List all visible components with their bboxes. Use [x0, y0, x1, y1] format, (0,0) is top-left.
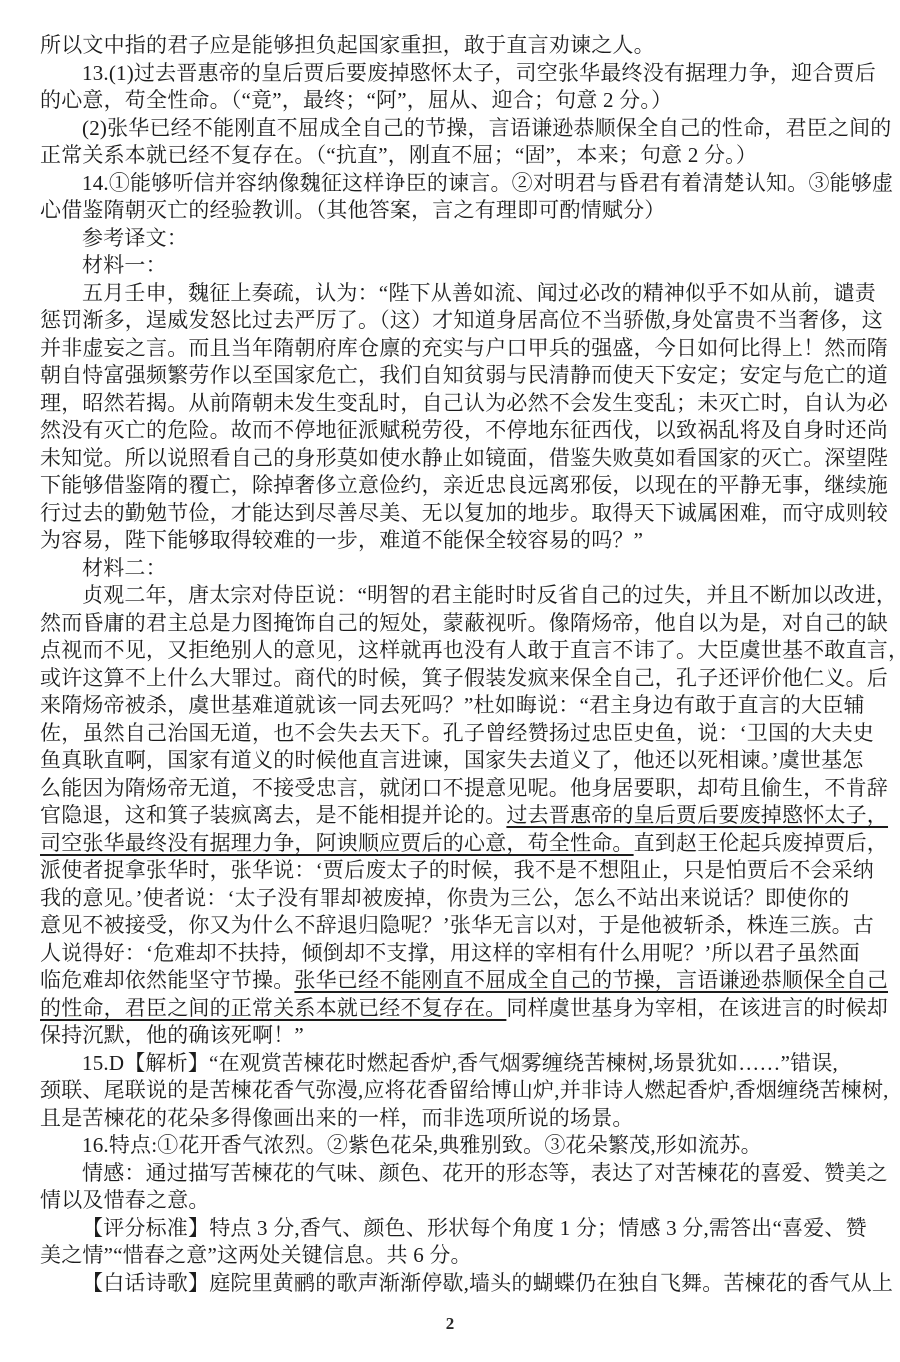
text-segment: 材料二：: [82, 556, 167, 580]
text-segment: 同样虞世基身为宰相，在该进言的时候却: [506, 996, 888, 1020]
text-segment: 或许这算不上什么大罪过。商代的时候，箕子假装发疯来保全自己，孔子还评价他仁义。后: [40, 666, 888, 690]
text-segment: 惩罚渐多，逞威发怒比过去严厉了。（这）才知道身居高位不当骄傲,身处富贵不当奢侈，…: [40, 308, 883, 332]
underlined-text: 的性命，君臣之间的正常关系本就已经不复存在。: [40, 996, 506, 1020]
text-segment: 行过去的勤勉节俭，才能达到尽善尽美、无以复加的地步。取得天下诚属困难，而守成则较: [40, 501, 888, 525]
text-line: 【白话诗歌】庭院里黄鹂的歌声渐渐停歇,墙头的蝴蝶仍在独自飞舞。苦楝花的香气从上: [40, 1270, 862, 1298]
text-line: 理，昭然若揭。从前隋朝未发生变乱时，自己认为必然不会发生变乱；未灭亡时，自认为必: [40, 390, 862, 418]
text-line: 15.D【解析】“在观赏苦楝花时燃起香炉,香气烟雾缠绕苦楝树,场景犹如……”错误…: [40, 1050, 862, 1078]
text-line: 朝自恃富强频繁劳作以至国家危亡，我们自知贫弱与民清静而使天下安定；安定与危亡的道: [40, 362, 862, 390]
text-line: 贞观二年，唐太宗对侍臣说：“明智的君主能时时反省自己的过失，并且不断加以改进，: [40, 582, 862, 610]
text-line: 13.(1)过去晋惠帝的皇后贾后要废掉愍怀太子，司空张华最终没有据理力争，迎合贾…: [40, 60, 862, 88]
text-line: 行过去的勤勉节俭，才能达到尽善尽美、无以复加的地步。取得天下诚属困难，而守成则较: [40, 500, 862, 528]
text-segment: 15.D【解析】“在观赏苦楝花时燃起香炉,香气烟雾缠绕苦楝树,场景犹如……”错误…: [82, 1051, 838, 1075]
text-segment: 颈联、尾联说的是苦楝花香气弥漫,应将花香留给博山炉,并非诗人燃起香炉,香烟缠绕苦…: [40, 1078, 889, 1102]
text-line: 情以及惜春之意。: [40, 1187, 862, 1215]
text-segment: 意见不被接受，你又为什么不辞退归隐呢？’张华无言以对，于是他被斩杀，株连三族。古: [40, 913, 874, 937]
text-line: 鱼真耿直啊，国家有道义的时候他直言进谏，国家失去道义了，他还以死相谏。’虞世基怎: [40, 747, 862, 775]
text-segment: 【白话诗歌】庭院里黄鹂的歌声渐渐停歇,墙头的蝴蝶仍在独自飞舞。苦楝花的香气从上: [82, 1271, 893, 1295]
text-segment: 官隐退，这和箕子装疯离去，是不能相提并论的。: [40, 803, 506, 827]
text-line: 佐，虽然自己治国无道，也不会失去天下。孔子曾经赞扬过忠臣史鱼，说：‘卫国的大夫史: [40, 720, 862, 748]
text-line: 司空张华最终没有据理力争，阿谀顺应贾后的心意，苟全性命。直到赵王伦起兵废掉贾后，: [40, 830, 862, 858]
text-segment: 派使者捉拿张华时，张华说：‘贾后废太子的时候，我不是不想阻止，只是怕贾后不会采纳: [40, 858, 874, 882]
text-segment: 情感：通过描写苦楝花的气味、颜色、花开的形态等，表达了对苦楝花的喜爱、赞美之: [82, 1161, 888, 1185]
text-line: 然而昏庸的君主总是力图掩饰自己的短处，蒙蔽视听。像隋炀帝，他自以为是，对自己的缺: [40, 610, 862, 638]
text-line: 正常关系本就已经不复存在。（“抗直”，刚直不屈；“固”，本来；句意 2 分。）: [40, 142, 862, 170]
text-segment: 贞观二年，唐太宗对侍臣说：“明智的君主能时时反省自己的过失，并且不断加以改进，: [82, 583, 897, 607]
text-line: 颈联、尾联说的是苦楝花香气弥漫,应将花香留给博山炉,并非诗人燃起香炉,香烟缠绕苦…: [40, 1077, 862, 1105]
text-segment: 么能因为隋炀帝无道，不接受忠言，就闭口不提意见呢。他身居要职，却苟且偷生，不肯辞: [40, 776, 888, 800]
text-line: 参考译文：: [40, 225, 862, 253]
text-line: 情感：通过描写苦楝花的气味、颜色、花开的形态等，表达了对苦楝花的喜爱、赞美之: [40, 1160, 862, 1188]
text-line: 么能因为隋炀帝无道，不接受忠言，就闭口不提意见呢。他身居要职，却苟且偷生，不肯辞: [40, 775, 862, 803]
text-line: 的性命，君臣之间的正常关系本就已经不复存在。同样虞世基身为宰相，在该进言的时候却: [40, 995, 862, 1023]
text-segment: 我的意见。’使者说：‘太子没有罪却被废掉，你贵为三公，怎么不站出来说话？即使你的: [40, 886, 849, 910]
text-segment: 未知觉。所以说照看自己的身形莫如使水静止如镜面，借鉴失败莫如看国家的灭亡。深望陛: [40, 446, 888, 470]
text-line: 官隐退，这和箕子装疯离去，是不能相提并论的。过去晋惠帝的皇后贾后要废掉愍怀太子，: [40, 802, 862, 830]
text-segment: 为容易，陛下能够取得较难的一步，难道不能保全较容易的吗？”: [40, 528, 643, 552]
text-segment: (2)张华已经不能刚直不屈成全自己的节操，言语谦逊恭顺保全自己的性命，君臣之间的: [82, 116, 891, 140]
text-line: 惩罚渐多，逞威发怒比过去严厉了。（这）才知道身居高位不当骄傲,身处富贵不当奢侈，…: [40, 307, 862, 335]
text-line: 临危难却依然能坚守节操。张华已经不能刚直不屈成全自己的节操，言语谦逊恭顺保全自己: [40, 967, 862, 995]
text-line: 或许这算不上什么大罪过。商代的时候，箕子假装发疯来保全自己，孔子还评价他仁义。后: [40, 665, 862, 693]
underlined-text: 过去晋惠帝的皇后贾后要废掉愍怀太子，: [506, 803, 888, 827]
text-line: (2)张华已经不能刚直不屈成全自己的节操，言语谦逊恭顺保全自己的性命，君臣之间的: [40, 115, 862, 143]
text-segment: 人说得好：‘危难却不扶持，倾倒却不支撑，用这样的宰相有什么用呢？’所以君子虽然面: [40, 941, 860, 965]
text-line: 未知觉。所以说照看自己的身形莫如使水静止如镜面，借鉴失败莫如看国家的灭亡。深望陛: [40, 445, 862, 473]
text-segment: 并非虚妄之言。而且当年隋朝府库仓廪的充实与户口甲兵的强盛，今日如何比得上！然而隋: [40, 336, 888, 360]
text-segment: 然没有灭亡的危险。故而不停地征派赋税劳役，不停地东征西伐，以致祸乱将及自身时还尚: [40, 418, 888, 442]
text-segment: 材料一：: [82, 253, 167, 277]
text-segment: 参考译文：: [82, 226, 188, 250]
text-segment: 13.(1)过去晋惠帝的皇后贾后要废掉愍怀太子，司空张华最终没有据理力争，迎合贾…: [82, 61, 876, 85]
text-line: 的心意，苟全性命。（“竟”，最终；“阿”，屈从、迎合；句意 2 分。）: [40, 87, 862, 115]
text-segment: 鱼真耿直啊，国家有道义的时候他直言进谏，国家失去道义了，他还以死相谏。’虞世基怎: [40, 748, 864, 772]
text-line: 下能够借鉴隋的覆亡，除掉奢侈立意俭约，亲近忠良远离邪佞，以现在的平静无事，继续施: [40, 472, 862, 500]
text-segment: 美之情”“惜春之意”这两处关键信息。共 6 分。: [40, 1243, 472, 1267]
underlined-text: 司空张华最终没有据理力争，阿谀顺应贾后的心意，苟全性命。: [40, 831, 634, 855]
page-number: 2: [0, 1314, 900, 1334]
text-segment: 点视而不见，又拒绝别人的意见，这样就再也没有人敢于直言不讳了。大臣虞世基不敢直言…: [40, 638, 900, 662]
text-line: 并非虚妄之言。而且当年隋朝府库仓廪的充实与户口甲兵的强盛，今日如何比得上！然而隋: [40, 335, 862, 363]
text-line: 我的意见。’使者说：‘太子没有罪却被废掉，你贵为三公，怎么不站出来说话？即使你的: [40, 885, 862, 913]
text-line: 心借鉴隋朝灭亡的经验教训。（其他答案，言之有理即可酌情赋分）: [40, 197, 862, 225]
text-line: 【评分标准】特点 3 分,香气、颜色、形状每个角度 1 分；情感 3 分,需答出…: [40, 1215, 862, 1243]
underlined-text: 张华已经不能刚直不屈成全自己的节操，言语谦逊恭顺保全自己: [294, 968, 888, 992]
text-line: 且是苦楝花的花朵多得像画出来的一样，而非选项所说的场景。: [40, 1105, 862, 1133]
text-segment: 所以文中指的君子应是能够担负起国家重担，敢于直言劝谏之人。: [40, 33, 655, 57]
text-segment: 16.特点:①花开香气浓烈。②紫色花朵,典雅别致。③花朵繁茂,形如流苏。: [82, 1133, 762, 1157]
text-segment: 朝自恃富强频繁劳作以至国家危亡，我们自知贫弱与民清静而使天下安定；安定与危亡的道: [40, 363, 888, 387]
text-segment: 心借鉴隋朝灭亡的经验教训。（其他答案，言之有理即可酌情赋分）: [40, 198, 666, 222]
text-line: 所以文中指的君子应是能够担负起国家重担，敢于直言劝谏之人。: [40, 32, 862, 60]
text-segment: 然而昏庸的君主总是力图掩饰自己的短处，蒙蔽视听。像隋炀帝，他自以为是，对自己的缺: [40, 611, 888, 635]
text-segment: 下能够借鉴隋的覆亡，除掉奢侈立意俭约，亲近忠良远离邪佞，以现在的平静无事，继续施: [40, 473, 888, 497]
text-line: 派使者捉拿张华时，张华说：‘贾后废太子的时候，我不是不想阻止，只是怕贾后不会采纳: [40, 857, 862, 885]
text-segment: 保持沉默，他的确该死啊！”: [40, 1023, 304, 1047]
text-line: 为容易，陛下能够取得较难的一步，难道不能保全较容易的吗？”: [40, 527, 862, 555]
text-line: 美之情”“惜春之意”这两处关键信息。共 6 分。: [40, 1242, 862, 1270]
text-line: 点视而不见，又拒绝别人的意见，这样就再也没有人敢于直言不讳了。大臣虞世基不敢直言…: [40, 637, 862, 665]
text-segment: 【评分标准】特点 3 分,香气、颜色、形状每个角度 1 分；情感 3 分,需答出…: [82, 1216, 867, 1240]
text-segment: 临危难却依然能坚守节操。: [40, 968, 294, 992]
text-line: 五月壬申，魏征上奏疏，认为：“陛下从善如流、闻过必改的精神似乎不如从前，谴责: [40, 280, 862, 308]
text-segment: 直到赵王伦起兵废掉贾后，: [634, 831, 888, 855]
text-line: 人说得好：‘危难却不扶持，倾倒却不支撑，用这样的宰相有什么用呢？’所以君子虽然面: [40, 940, 862, 968]
text-segment: 14.①能够听信并容纳像魏征这样诤臣的谏言。②对明君与昏君有着清楚认知。③能够虚: [82, 171, 893, 195]
text-line: 来隋炀帝被杀，虞世基难道就该一同去死吗？”杜如晦说：“君主身边有敢于直言的大臣辅: [40, 692, 862, 720]
text-line: 然没有灭亡的危险。故而不停地征派赋税劳役，不停地东征西伐，以致祸乱将及自身时还尚: [40, 417, 862, 445]
text-segment: 的心意，苟全性命。（“竟”，最终；“阿”，屈从、迎合；句意 2 分。）: [40, 88, 672, 112]
text-segment: 五月壬申，魏征上奏疏，认为：“陛下从善如流、闻过必改的精神似乎不如从前，谴责: [82, 281, 876, 305]
text-line: 14.①能够听信并容纳像魏征这样诤臣的谏言。②对明君与昏君有着清楚认知。③能够虚: [40, 170, 862, 198]
text-segment: 情以及惜春之意。: [40, 1188, 210, 1212]
text-line: 16.特点:①花开香气浓烈。②紫色花朵,典雅别致。③花朵繁茂,形如流苏。: [40, 1132, 862, 1160]
text-line: 意见不被接受，你又为什么不辞退归隐呢？’张华无言以对，于是他被斩杀，株连三族。古: [40, 912, 862, 940]
text-segment: 来隋炀帝被杀，虞世基难道就该一同去死吗？”杜如晦说：“君主身边有敢于直言的大臣辅: [40, 693, 865, 717]
text-segment: 正常关系本就已经不复存在。（“抗直”，刚直不屈；“固”，本来；句意 2 分。）: [40, 143, 757, 167]
text-segment: 且是苦楝花的花朵多得像画出来的一样，而非选项所说的场景。: [40, 1106, 634, 1130]
text-line: 保持沉默，他的确该死啊！”: [40, 1022, 862, 1050]
document-body: 所以文中指的君子应是能够担负起国家重担，敢于直言劝谏之人。13.(1)过去晋惠帝…: [40, 32, 862, 1297]
text-segment: 佐，虽然自己治国无道，也不会失去天下。孔子曾经赞扬过忠臣史鱼，说：‘卫国的大夫史: [40, 721, 874, 745]
text-line: 材料二：: [40, 555, 862, 583]
text-segment: 理，昭然若揭。从前隋朝未发生变乱时，自己认为必然不会发生变乱；未灭亡时，自认为必: [40, 391, 888, 415]
text-line: 材料一：: [40, 252, 862, 280]
